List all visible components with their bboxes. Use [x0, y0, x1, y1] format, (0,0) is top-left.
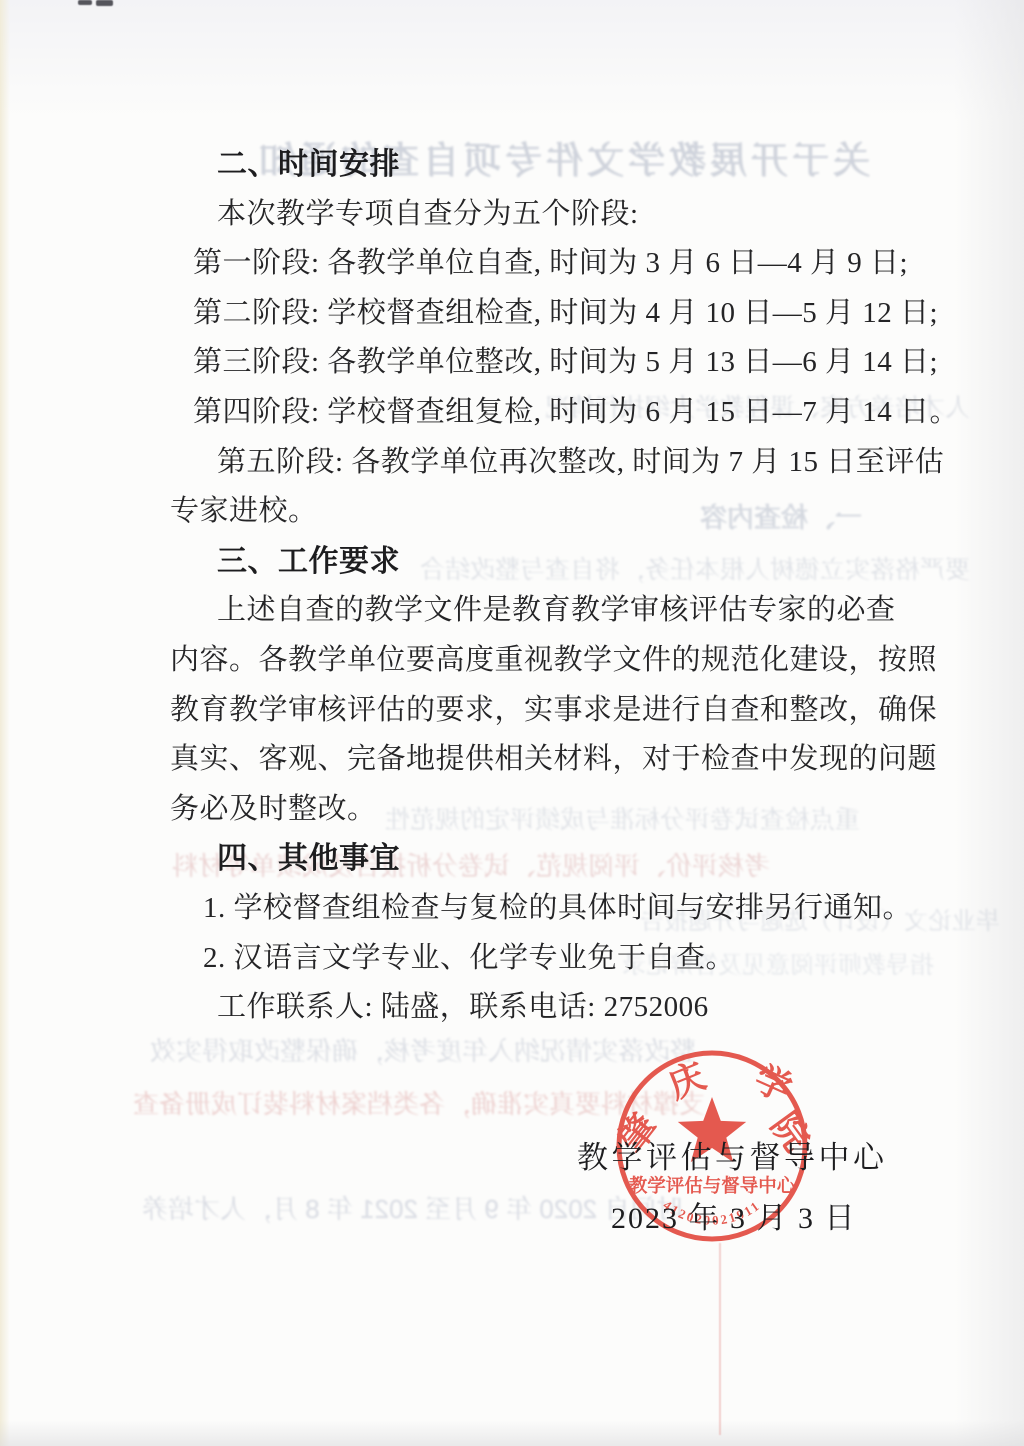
scanned-document-page: 关于开展教学文件专项自查的通知 人才培养方案、课程教学大纲执行情况 一、检查内容…: [0, 0, 1024, 1446]
stage-line-1: 第一阶段: 各教学单位自查, 时间为 3 月 6 日—4 月 9 日;: [170, 239, 896, 289]
scan-smudge: [96, 0, 113, 6]
document-body: 二、时间安排 本次教学专项自查分为五个阶段: 第一阶段: 各教学单位自查, 时间…: [170, 140, 896, 1033]
section-heading-other: 四、其他事宜: [170, 834, 896, 884]
scan-shade-right-edge: [954, 0, 1024, 1446]
stage-line-2: 第二阶段: 学校督查组检查, 时间为 4 月 10 日—5 月 12 日;: [170, 289, 896, 339]
contact-line: 工作联系人: 陆盛，联系电话: 2752006: [170, 983, 896, 1033]
scan-shade-top: [0, 0, 1024, 120]
signature-org: 教学评估与督导中心: [577, 1132, 888, 1177]
requirements-line-1: 上述自查的教学文件是教育教学审核评估专家的必查: [170, 586, 896, 636]
requirements-line-3: 教育教学审核评估的要求，实事求是进行自查和整改，确保: [170, 686, 896, 736]
other-item-2: 2. 汉语言文学专业、化学专业免于自查。: [170, 934, 896, 984]
requirements-line-2: 内容。各教学单位要高度重视教学文件的规范化建设，按照: [170, 636, 896, 686]
stage-line-3: 第三阶段: 各教学单位整改, 时间为 5 月 13 日—6 月 14 日;: [170, 338, 896, 388]
section-heading-requirements: 三、工作要求: [170, 537, 896, 587]
stage-line-5-continuation: 专家进校。: [170, 487, 896, 537]
stage-line-4: 第四阶段: 学校督查组复检, 时间为 6 月 15 日—7 月 14 日。: [170, 388, 896, 438]
signature-date: 2023 年 3 月 3 日: [611, 1193, 857, 1237]
time-intro-line: 本次教学专项自查分为五个阶段:: [170, 190, 896, 240]
section-heading-time: 二、时间安排: [170, 140, 896, 190]
scan-smudge: [78, 0, 92, 5]
requirements-line-5: 务必及时整改。: [170, 785, 896, 835]
requirements-line-4: 真实、客观、完备地提供相关材料，对于检查中发现的问题: [170, 735, 896, 785]
stage-line-5: 第五阶段: 各教学单位再次整改, 时间为 7 月 15 日至评估: [170, 438, 896, 488]
scan-shade-left-edge: [0, 0, 10, 1446]
other-item-1: 1. 学校督查组检查与复检的具体时间与安排另行通知。: [170, 884, 896, 934]
scan-shade-bottom-edge: [0, 1420, 1024, 1446]
